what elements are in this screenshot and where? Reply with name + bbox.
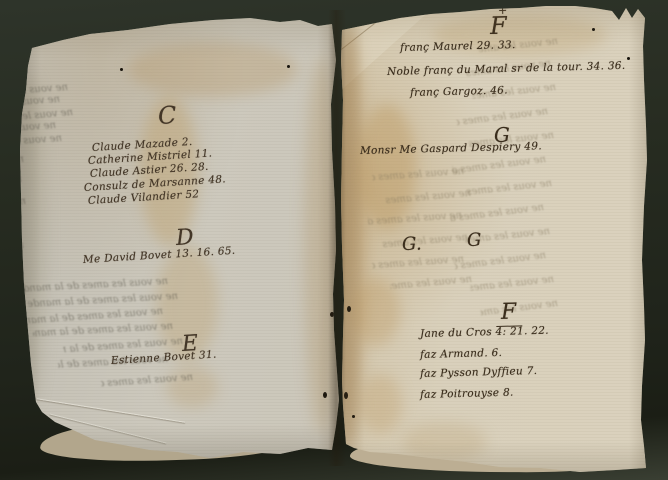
ink-speck: [330, 312, 334, 317]
bleed-through-line: ne vous les ames de la mandem les consul…: [0, 174, 22, 189]
ink-speck: [344, 392, 348, 399]
manuscript-right-page: ne vous les ames de la mandem les consul…: [336, 6, 651, 474]
bleed-through-line: ne vous les ames de la mandem les consul…: [0, 286, 26, 302]
manuscript-left-page: ne vous les ames de la mandem les consul…: [18, 14, 343, 460]
index-entry: faz Pysson Dyffieu 7.: [420, 365, 538, 380]
paper-stain: [352, 278, 400, 346]
left-page-surface: ne vous les ames de la mandem les consul…: [18, 14, 343, 460]
bleed-through-line: ne vous les ames de la mandem les consul…: [368, 210, 463, 229]
bleed-through-line: ne vous les ames de la mandem les consul…: [33, 321, 173, 340]
bleed-through-line: ne vous les ames de la mandem les consul…: [454, 250, 547, 273]
bleed-through-line: ne vous les ames de la mandem les consul…: [470, 274, 555, 295]
bleed-through-line: ne vous les ames de la mandem les consul…: [464, 178, 553, 199]
bleed-through-line: ne vous les ames de la mandem les consul…: [0, 196, 26, 212]
photo-background: ne vous les ames de la mandem les consul…: [0, 0, 668, 480]
letter-mark-g: G.: [402, 233, 423, 255]
bleed-through-line: ne vous les ames de la mandem les consul…: [390, 274, 473, 293]
bleed-through-line: ne vous les ames de la mandem les consul…: [0, 94, 60, 120]
section-heading-c: C: [157, 101, 177, 130]
paper-stain: [360, 374, 402, 434]
paper-stain: [128, 42, 298, 97]
index-entry: faz Armand. 6.: [420, 347, 503, 361]
index-entry: Monsr Me Gaspard Despiery 49.: [360, 140, 542, 157]
index-entry: Me David Bovet 13. 16. 65.: [83, 245, 236, 266]
index-entry: Noble franç du Maral sr de la tour. 34. …: [387, 60, 626, 78]
right-page-edge-shading: [336, 6, 651, 474]
ink-speck: [627, 57, 630, 60]
bleed-through-line: ne vous les ames de la mandem les consul…: [0, 82, 68, 107]
ink-speck: [352, 415, 355, 418]
right-page-surface: ne vous les ames de la mandem les consul…: [336, 6, 651, 474]
paper-stain: [402, 422, 487, 462]
section-heading-f2: F: [496, 299, 522, 327]
letter-mark-g: G: [467, 230, 482, 251]
bleed-through-line: ne vous les ames de la mandem les consul…: [452, 154, 547, 177]
index-entry: faz Poitrouyse 8.: [420, 387, 514, 401]
ink-speck: [592, 28, 595, 31]
paper-stain: [358, 104, 416, 229]
paper-stain: [304, 54, 338, 434]
bleed-through-line: ne vous les ames de la mandem les consul…: [372, 166, 465, 184]
index-entry: franç Maurel 29. 33.: [400, 39, 516, 54]
bleed-through-line: ne vous les ames de la mandem les consul…: [372, 254, 465, 272]
bleed-through-line: ne vous les ames de la mandem les consul…: [0, 240, 24, 256]
bleed-through-line: ne vous les ames de la mandem les consul…: [8, 276, 168, 296]
index-entry: Jane du Cros 4: 21. 22.: [420, 325, 549, 340]
bleed-through-line: ne vous les ames de la mandem les consul…: [380, 232, 469, 252]
ink-speck: [287, 65, 290, 68]
bleed-through-line: ne vous les ames de la mandem les consul…: [0, 218, 21, 233]
paper-stain: [166, 366, 218, 408]
ink-speck: [323, 392, 327, 398]
bleed-through-line: ne vous les ames de la mandem les consul…: [0, 306, 163, 329]
section-heading-f: F: [490, 12, 508, 40]
paper-stain: [18, 74, 46, 404]
bleed-through-line: ne vous les ames de la mandem les consul…: [0, 262, 20, 277]
bleed-through-line: ne vous les ames de la mandem les consul…: [0, 107, 74, 134]
index-entry: Estienne Bovet 31.: [111, 349, 217, 367]
bleed-through-line: ne vous les ames de la mandem les consul…: [385, 188, 472, 207]
bleed-through-line: ne vous les ames de la mandem les consul…: [101, 372, 194, 390]
bleed-through-line: ne vous les ames de la mandem les consul…: [450, 202, 545, 225]
bleed-through-line: ne vous les ames de la mandem les consul…: [0, 120, 56, 145]
ink-speck: [347, 306, 351, 312]
ink-speck: [120, 68, 123, 71]
bleed-through-line: ne vous les ames de la mandem les consul…: [0, 154, 24, 169]
bleed-through-line: ne vous les ames de la mandem les consul…: [0, 133, 62, 155]
fold-crease: [37, 398, 185, 422]
index-entry: franç Gargoz. 46.: [410, 84, 508, 99]
bleed-through-line: ne vous les ames de la mandem les consul…: [28, 291, 178, 311]
